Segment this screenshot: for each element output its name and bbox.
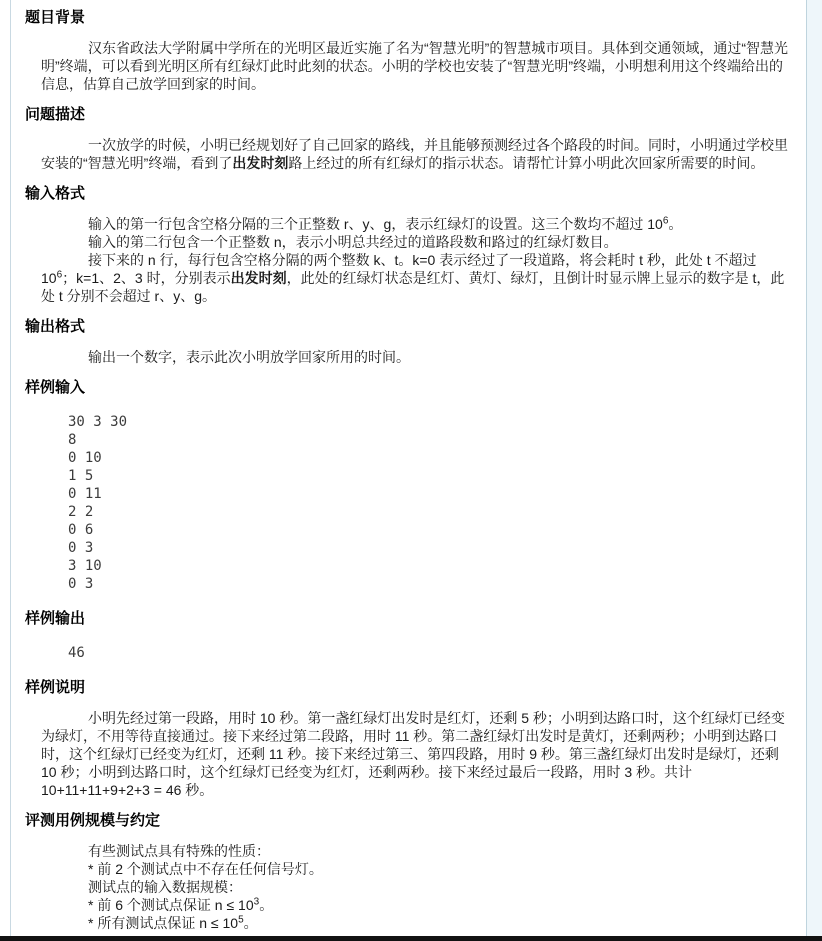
input-line3-text-2: ；k=1、2、3 时，分别表示 [62, 270, 230, 286]
heading-description: 问题描述 [11, 93, 806, 136]
section-sample-explanation: 样例说明 小明先经过第一段路，用时 10 秒。第一盏红绿灯出发时是红灯，还剩 5… [11, 666, 806, 799]
constraints-line5-period: 。 [244, 915, 258, 931]
paragraph-sample-explanation: 小明先经过第一段路，用时 10 秒。第一盏红绿灯出发时是红灯，还剩 5 秒；小明… [41, 709, 806, 799]
heading-constraints: 评测用例规模与约定 [11, 799, 806, 842]
heading-background: 题目背景 [11, 0, 806, 39]
section-background: 题目背景 汉东省政法大学附属中学所在的光明区最近实施了名为“智慧光明”的智慧城市… [11, 0, 806, 93]
input-format-line-1: 输入的第一行包含空格分隔的三个正整数 r、y、g，表示红绿灯的设置。这三个数均不… [41, 215, 806, 233]
constraints-line-1: 有些测试点具有特殊的性质： [41, 842, 806, 860]
section-sample-input: 样例输入 30 3 30 8 0 10 1 5 0 11 2 2 0 6 0 3… [11, 366, 806, 593]
constraints-line-2: * 前 2 个测试点中不存在任何信号灯。 [41, 860, 806, 878]
constraints-line-5: * 所有测试点保证 n ≤ 105。 [41, 914, 806, 932]
heading-sample-input: 样例输入 [11, 366, 806, 409]
departure-time-bold: 出发时刻 [231, 270, 287, 286]
heading-input-format: 输入格式 [11, 172, 806, 215]
constraints-line-3: 测试点的输入数据规模： [41, 878, 806, 896]
input-format-line-3: 接下来的 n 行，每行包含空格分隔的两个整数 k、t。k=0 表示经过了一段道路… [41, 251, 806, 305]
section-input-format: 输入格式 输入的第一行包含空格分隔的三个正整数 r、y、g，表示红绿灯的设置。这… [11, 172, 806, 305]
problem-statement-panel: 题目背景 汉东省政法大学附属中学所在的光明区最近实施了名为“智慧光明”的智慧城市… [11, 0, 806, 936]
section-description: 问题描述 一次放学的时候，小明已经规划好了自己回家的路线，并且能够预测经过各个路… [11, 93, 806, 172]
departure-time-bold: 出发时刻 [232, 155, 288, 171]
footer-bar [0, 936, 822, 941]
sample-input-code: 30 3 30 8 0 10 1 5 0 11 2 2 0 6 0 3 3 10… [68, 413, 806, 593]
input-line1-text: 输入的第一行包含空格分隔的三个正整数 r、y、g，表示红绿灯的设置。这三个数均不… [88, 216, 663, 232]
heading-sample-explanation: 样例说明 [11, 666, 806, 709]
input-line1-period: 。 [668, 216, 682, 232]
section-output-format: 输出格式 输出一个数字，表示此次小明放学回家所用的时间。 [11, 305, 806, 366]
constraints-line5-text: * 所有测试点保证 n ≤ 10 [88, 915, 238, 931]
constraints-line-4: * 前 6 个测试点保证 n ≤ 103。 [41, 896, 806, 914]
sample-output-code: 46 [68, 644, 806, 662]
constraints-line4-text: * 前 6 个测试点保证 n ≤ 10 [88, 897, 254, 913]
right-gutter [807, 0, 822, 941]
paragraph-background: 汉东省政法大学附属中学所在的光明区最近实施了名为“智慧光明”的智慧城市项目。具体… [41, 39, 806, 93]
section-constraints: 评测用例规模与约定 有些测试点具有特殊的性质： * 前 2 个测试点中不存在任何… [11, 799, 806, 932]
paragraph-description: 一次放学的时候，小明已经规划好了自己回家的路线，并且能够预测经过各个路段的时间。… [41, 136, 806, 172]
section-sample-output: 样例输出 46 [11, 597, 806, 662]
heading-sample-output: 样例输出 [11, 597, 806, 640]
heading-output-format: 输出格式 [11, 305, 806, 348]
left-border-line [10, 0, 11, 941]
description-text-2: 路上经过的所有红绿灯的指示状态。请帮忙计算小明此次回家所需要的时间。 [288, 155, 764, 171]
paragraph-output-format: 输出一个数字，表示此次小明放学回家所用的时间。 [41, 348, 806, 366]
constraints-line4-period: 。 [259, 897, 273, 913]
input-format-line-2: 输入的第二行包含一个正整数 n，表示小明总共经过的道路段数和路过的红绿灯数目。 [41, 233, 806, 251]
